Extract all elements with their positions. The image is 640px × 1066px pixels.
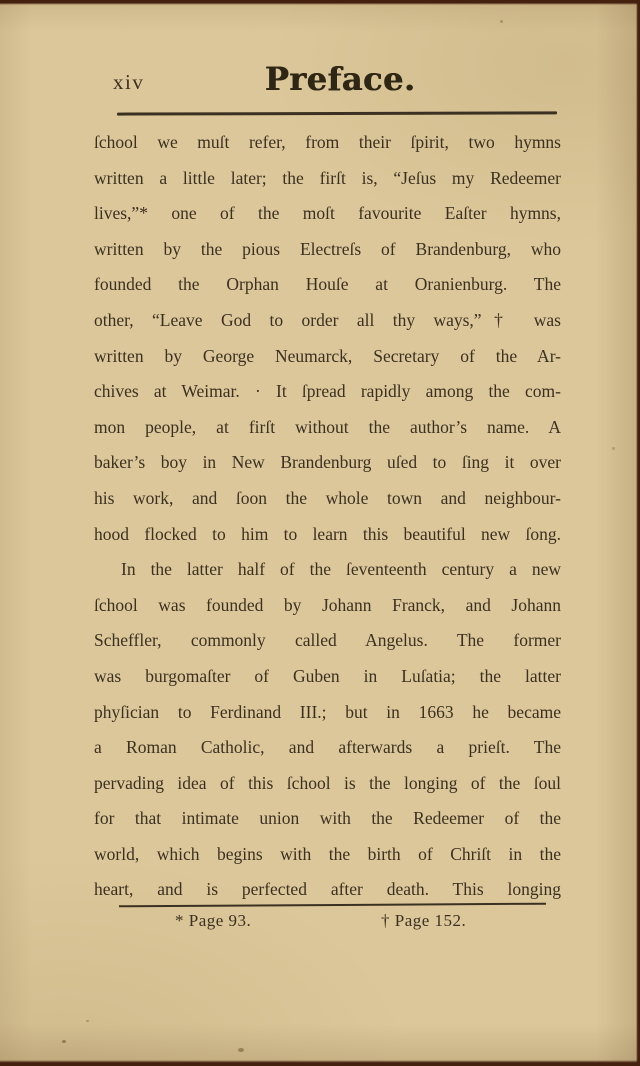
paragraph-2-line-7: pervading idea of this ſchool is the lon…: [94, 766, 561, 802]
paragraph-1-line-6: other, “Leave God to order all thy ways,…: [94, 303, 561, 339]
paragraph-1-line-11: his work, and ſoon the whole town and ne…: [94, 481, 561, 517]
paragraph-1-line-5: founded the Orphan Houſe at Oranienburg.…: [94, 267, 561, 303]
paragraph-1-line-2: written a little later; the firſt is, “J…: [94, 161, 561, 197]
page-title: Preface.: [120, 60, 560, 98]
paragraph-2-line-1: In the latter half of the ſeventeenth ce…: [94, 552, 561, 588]
paper-speck: [612, 447, 615, 450]
paragraph-2-line-3: Scheffler, commonly called Angelus. The …: [94, 623, 561, 659]
footnote-dagger: † Page 152.: [381, 911, 466, 931]
paragraph-2-line-2: ſchool was founded by Johann Franck, and…: [94, 588, 561, 624]
scan-edge-top: [0, 0, 640, 5]
scan-edge-bottom: [0, 1060, 640, 1066]
paragraph-1-line-3: lives,”* one of the moſt favourite Eaſte…: [94, 196, 561, 232]
paragraph-1-line-7: written by George Neumarck, Secretary of…: [94, 339, 561, 375]
text-block: ſchool we muſt refer, from their ſpirit,…: [94, 125, 561, 908]
paper-speck: [62, 1040, 66, 1043]
paragraph-1-line-1: ſchool we muſt refer, from their ſpirit,…: [94, 125, 561, 161]
paragraph-1-line-8: chives at Weimar. · It ſpread rapidly am…: [94, 374, 561, 410]
paper-speck: [86, 1020, 89, 1022]
book-page: xiv Preface. ſchool we muſt refer, from …: [0, 0, 640, 1066]
paragraph-2-line-8: for that intimate union with the Redeeme…: [94, 801, 561, 837]
paper-speck: [500, 20, 503, 23]
paragraph-1-line-9: mon people, at firſt without the author’…: [94, 410, 561, 446]
paragraph-1-line-4: written by the pious Electreſs of Brande…: [94, 232, 561, 268]
header-rule: [117, 111, 557, 115]
paragraph-2-line-5: phyſician to Ferdinand III.; but in 1663…: [94, 695, 561, 731]
paragraph-2-line-4: was burgomaſter of Guben in Luſatia; the…: [94, 659, 561, 695]
paragraph-1-line-10: baker’s boy in New Brandenburg uſed to ſ…: [94, 445, 561, 481]
footnote-asterisk: * Page 93.: [175, 911, 251, 931]
paragraph-1-line-12: hood flocked to him to learn this beauti…: [94, 517, 561, 553]
scan-edge-right: [636, 0, 640, 1066]
paragraph-2-line-6: a Roman Catholic, and afterwards a prieſ…: [94, 730, 561, 766]
paper-speck: [238, 1048, 244, 1052]
paragraph-2-line-9: world, which begins with the birth of Ch…: [94, 837, 561, 873]
